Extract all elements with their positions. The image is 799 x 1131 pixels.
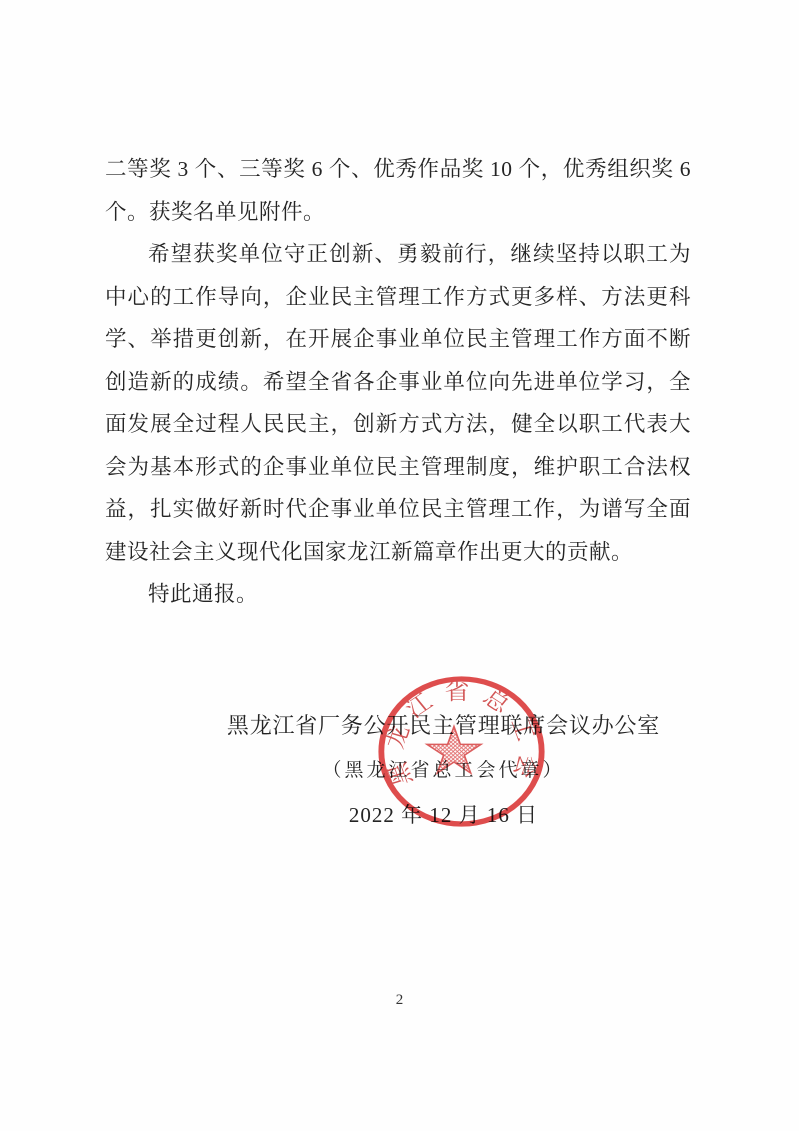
closing-on-behalf: （黑龙江省总工会代章） — [88, 755, 799, 782]
body-line: 个。获奖名单见附件。 — [105, 191, 691, 234]
body-line: 建设社会主义现代化国家龙江新篇章作出更大的贡献。 — [105, 531, 691, 574]
document-body: 二等奖 3 个、三等奖 6 个、优秀作品奖 10 个，优秀组织奖 6 个。获奖名… — [105, 148, 691, 616]
body-line: 希望获奖单位守正创新、勇毅前行，继续坚持以职工为 — [105, 233, 691, 276]
body-line: 中心的工作导向，企业民主管理工作方式更多样、方法更科 — [105, 276, 691, 319]
body-line: 二等奖 3 个、三等奖 6 个、优秀作品奖 10 个，优秀组织奖 6 — [105, 148, 691, 191]
body-line: 益，扎实做好新时代企事业单位民主管理工作，为谱写全面 — [105, 488, 691, 531]
document-page: 二等奖 3 个、三等奖 6 个、优秀作品奖 10 个，优秀组织奖 6 个。获奖名… — [0, 0, 799, 1131]
body-line: 学、举措更创新，在开展企事业单位民主管理工作方面不断 — [105, 318, 691, 361]
body-line: 特此通报。 — [105, 573, 691, 616]
page-number: 2 — [0, 992, 799, 1009]
body-line: 创造新的成绩。希望全省各企事业单位向先进单位学习，全 — [105, 361, 691, 404]
body-line: 会为基本形式的企事业单位民主管理制度，维护职工合法权 — [105, 446, 691, 489]
closing-date: 2022 年 12 月 16 日 — [88, 799, 799, 829]
closing-organization: 黑龙江省厂务公开民主管理联席会议办公室 — [88, 709, 799, 740]
body-line: 面发展全过程人民民主，创新方式方法，健全以职工代表大 — [105, 403, 691, 446]
